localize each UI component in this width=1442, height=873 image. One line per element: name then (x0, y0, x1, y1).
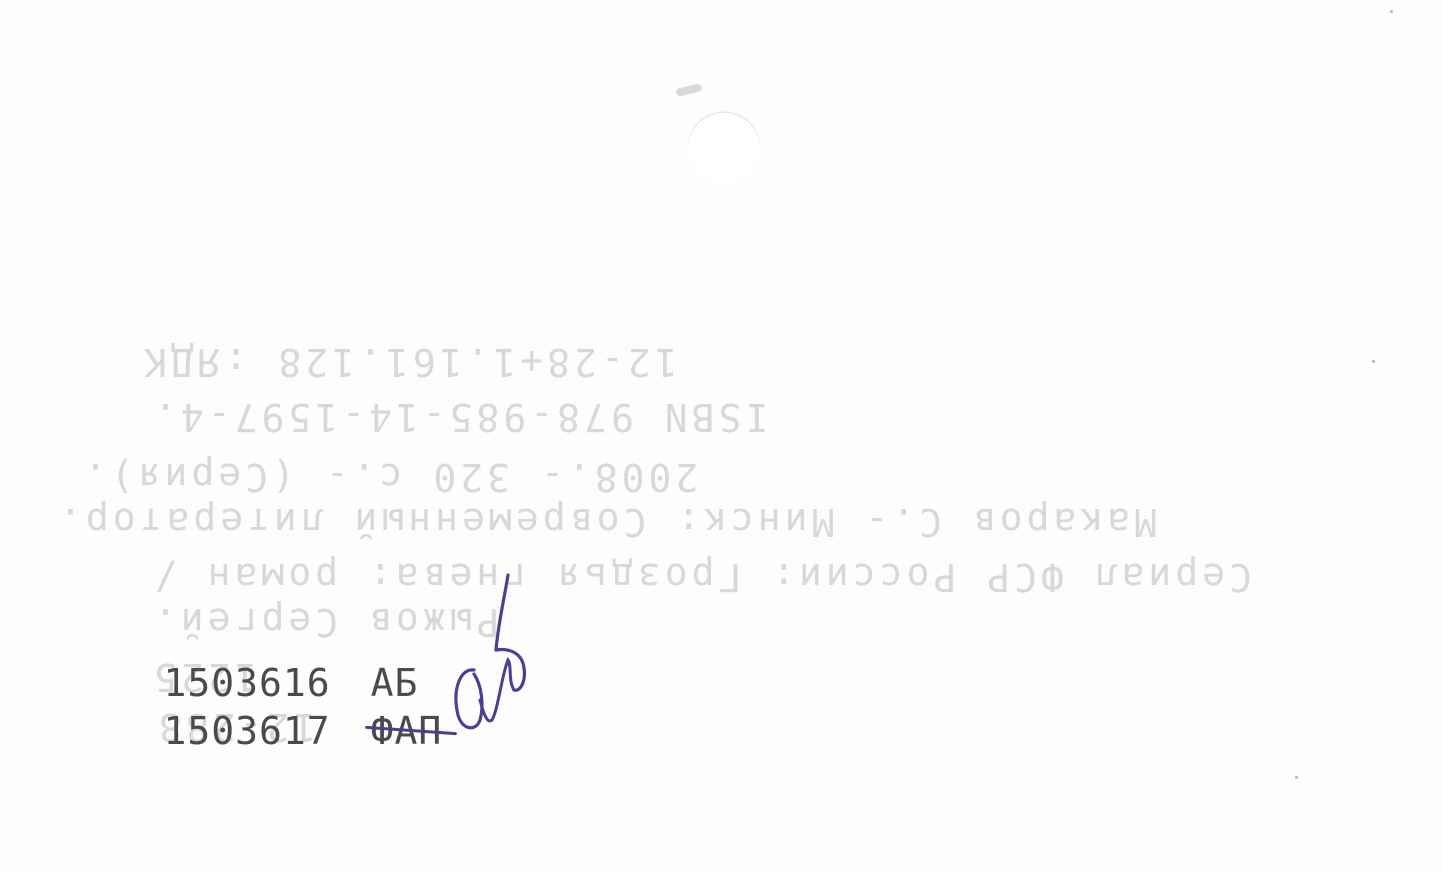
catalog-card: 12-28+1.161.128 :ЯДК ISBN 978-985-14-159… (0, 0, 1442, 873)
showthrough-line: ISBN 978-985-14-1597-4. (150, 395, 768, 439)
showthrough-line: 2008.- 320 c.- (Серия). (80, 455, 698, 499)
inventory-row: 1503617ФАП (68, 659, 442, 803)
punch-hole-mark (675, 83, 702, 97)
showthrough-line: Сериал ФСР России: Гроздья гнева: роман … (150, 555, 1252, 599)
showthrough-line: 12-28+1.161.128 :ЯДК (140, 340, 678, 384)
showthrough-line: Макаров С.- Минск: Современный литератор… (55, 500, 1157, 544)
handwritten-annotation-icon: аб (450, 570, 550, 740)
inventory-number: 1503617 (164, 707, 331, 755)
paper-speck (1295, 776, 1298, 779)
department-code-struck: ФАП (371, 707, 443, 755)
paper-speck (1390, 10, 1393, 13)
paper-speck (1372, 360, 1375, 363)
punch-hole (688, 112, 760, 184)
